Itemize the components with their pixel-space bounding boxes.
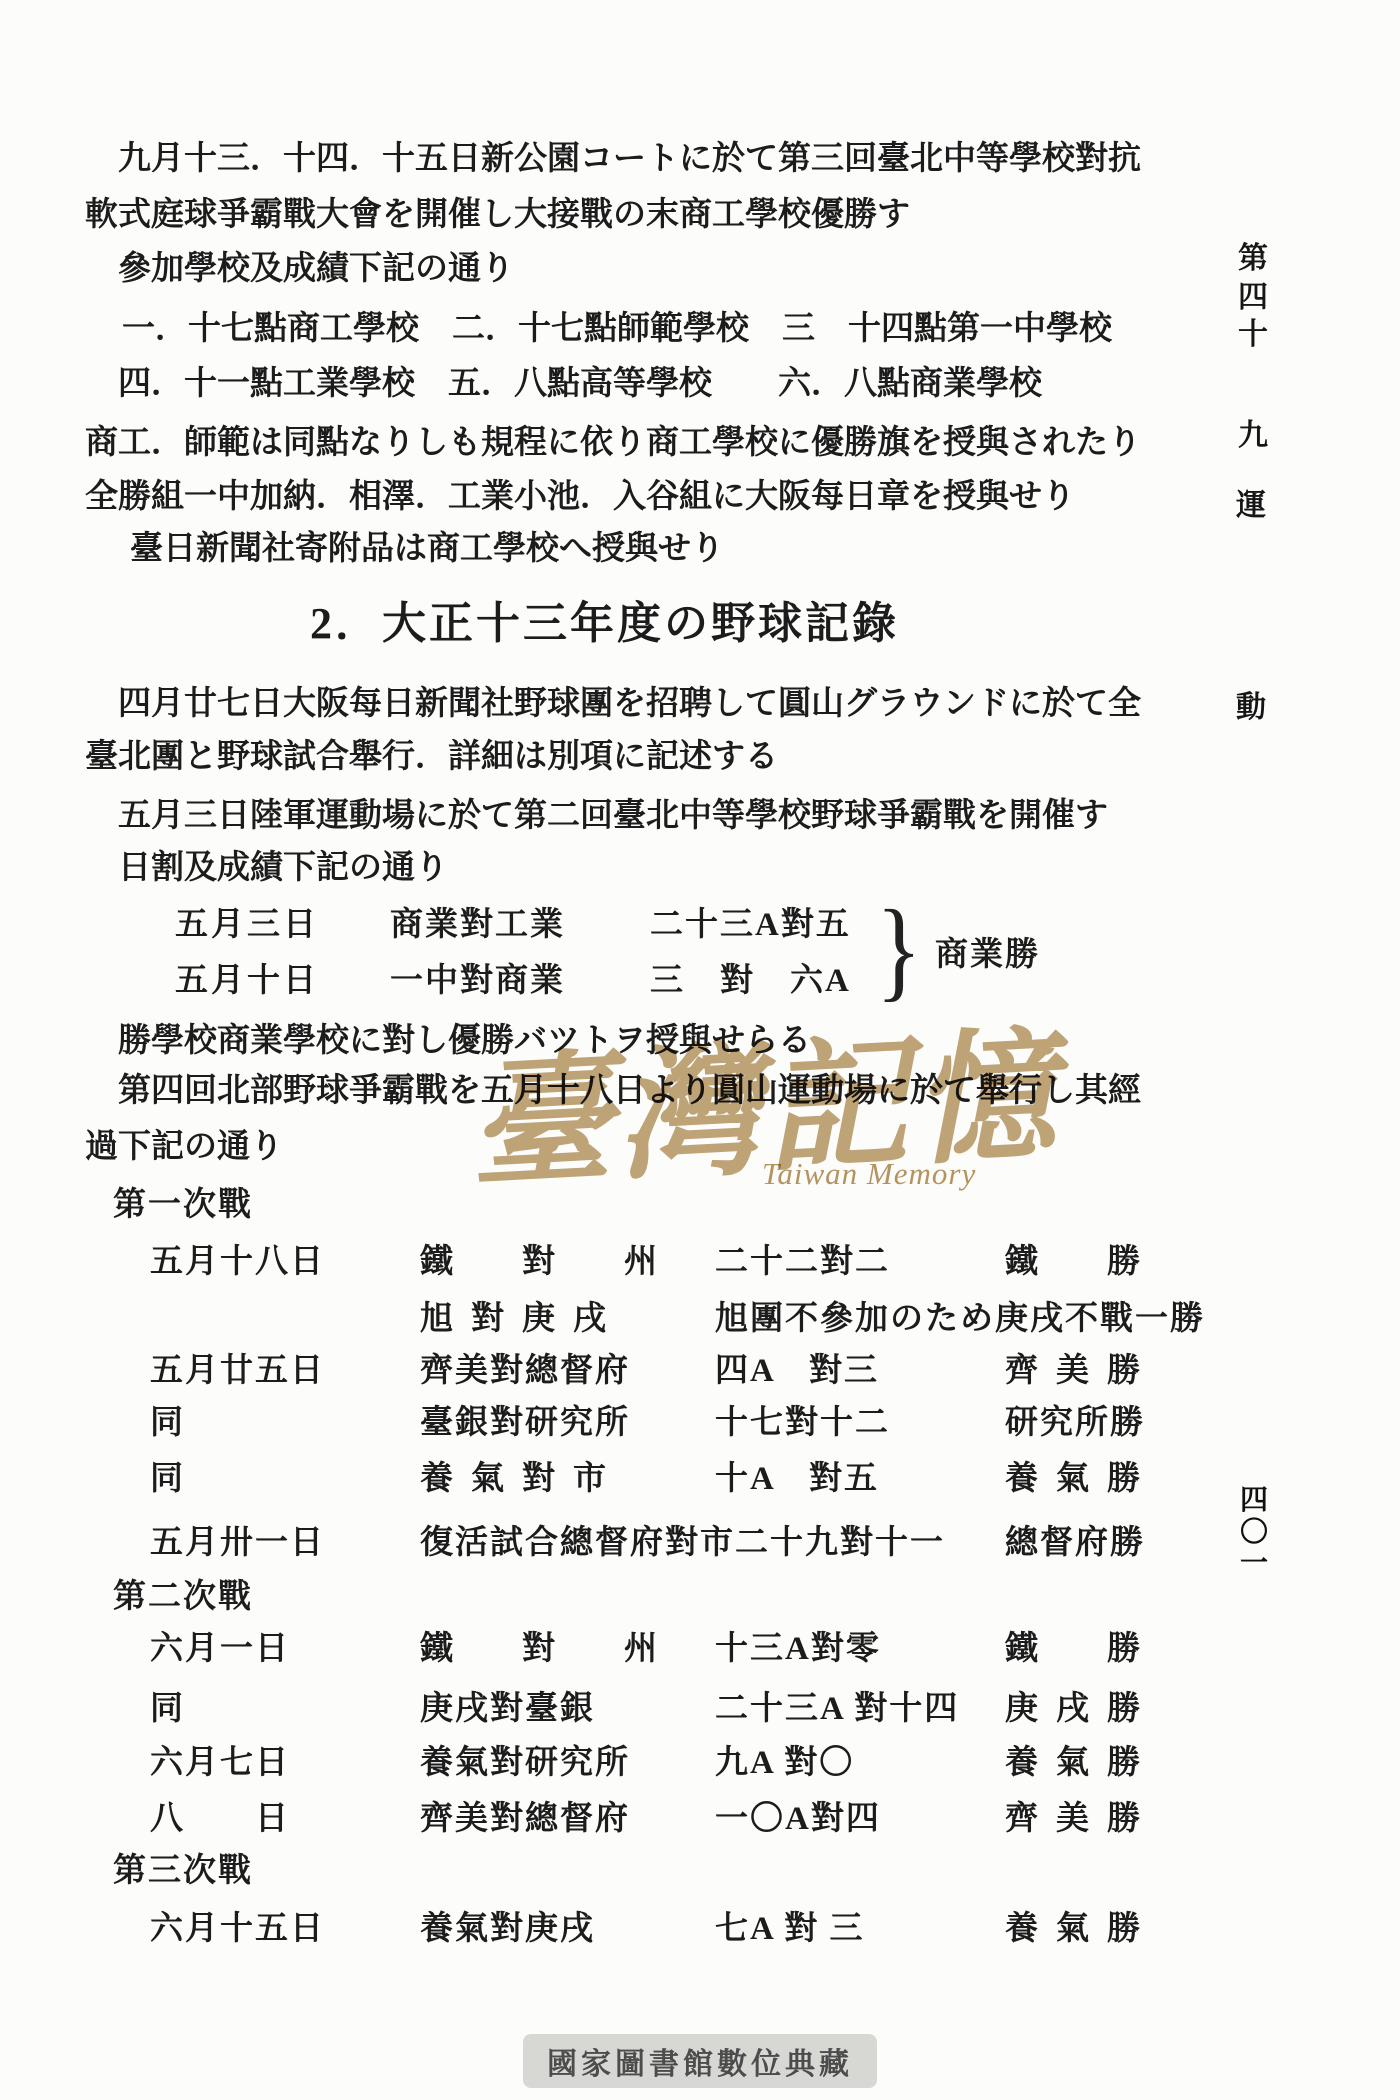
table-cell-score: 四A 對三	[715, 1352, 879, 1392]
scanned-page: 九月十三．十四．十五日新公園コートに於て第三回臺北中等學校對抗 軟式庭球爭霸戰大…	[0, 0, 1400, 2100]
paragraph-line: 臺北團と野球試合舉行．詳細は別項に記述する	[85, 738, 778, 778]
table-cell-result: 齊美勝	[1005, 1800, 1158, 1840]
table-cell-match: 旭對庚戌	[420, 1300, 624, 1340]
table-cell-result: 總督府勝	[1005, 1524, 1145, 1564]
library-stamp: 國家圖書館數位典藏	[523, 2034, 877, 2088]
table-cell-date: 五月卅一日	[150, 1524, 325, 1564]
table-cell-date: 同	[150, 1404, 185, 1444]
table-cell-date: 同	[150, 1460, 185, 1500]
margin-caption-char: 九	[1238, 410, 1268, 454]
table-cell-score: 二十三A 對十四	[715, 1690, 959, 1730]
table-cell-match: 齊美對總督府	[420, 1800, 630, 1840]
table-cell-score: 九A 對〇	[715, 1744, 854, 1784]
page-number-char: 一	[1240, 1541, 1268, 1581]
table-cell-result: 養氣勝	[1005, 1460, 1158, 1500]
margin-caption-char: 十	[1238, 309, 1268, 353]
table-cell-match: 養氣對庚戌	[420, 1910, 595, 1950]
ranking-line: 一．十七點商工學校 二．十七點師範學校 三 十四點第一中學校	[122, 310, 1112, 350]
margin-caption-char: 運	[1236, 480, 1266, 524]
paragraph-line: 全勝組一中加納．相澤．工業小池．入谷組に大阪每日章を授與せり	[85, 478, 1075, 518]
paragraph-line: 日割及成績下記の通り	[118, 849, 448, 889]
table-cell-score: 二十三A對五	[650, 906, 851, 946]
table-cell-match: 鐵 對 州	[420, 1630, 675, 1670]
table-cell-match: 商業對工業	[390, 906, 565, 946]
table-cell-match: 養氣對市	[420, 1460, 624, 1500]
round-title: 第一次戰	[113, 1186, 253, 1226]
table-cell-match: 復活試合總督府對市二十九對十一	[420, 1524, 945, 1564]
paragraph-line: 臺日新聞社寄附品は商工學校へ授與せり	[130, 530, 724, 570]
watermark-latin: Taiwan Memory	[762, 1156, 976, 1192]
table-cell-date: 六月七日	[150, 1744, 290, 1784]
paragraph-line: 九月十三．十四．十五日新公園コートに於て第三回臺北中等學校對抗	[118, 140, 1141, 180]
paragraph-line: 商工．師範は同點なりしも規程に依り商工學校に優勝旗を授與されたり	[85, 424, 1141, 464]
table-cell-date: 六月一日	[150, 1630, 290, 1670]
paragraph-line: 參加學校及成績下記の通り	[118, 250, 514, 290]
table-cell-result: 庚戌勝	[1005, 1690, 1158, 1730]
round-title: 第二次戰	[113, 1578, 253, 1618]
round-title: 第三次戰	[113, 1852, 253, 1892]
table-cell-match: 養氣對研究所	[420, 1744, 630, 1784]
paragraph-line: 過下記の通り	[85, 1128, 283, 1168]
table-cell-date: 六月十五日	[150, 1910, 325, 1950]
paragraph-line: 軟式庭球爭霸戰大會を開催し大接戰の末商工學校優勝す	[85, 196, 910, 236]
table-cell-match: 一中對商業	[390, 962, 565, 1002]
table-cell-result: 研究所勝	[1005, 1404, 1145, 1444]
margin-caption-char: 動	[1236, 682, 1266, 726]
table-cell-match: 鐵 對 州	[420, 1243, 675, 1283]
table-cell-date: 五月廿五日	[150, 1352, 325, 1392]
table-cell-score: 十七對十二	[715, 1404, 890, 1444]
table-cell-match: 庚戌對臺銀	[420, 1690, 595, 1730]
table-cell-score: 一〇A對四	[715, 1800, 881, 1840]
table-cell-date: 五月十日	[175, 962, 319, 1002]
table-cell-result: 商業勝	[935, 936, 1040, 976]
ranking-line: 四．十一點工業學校 五．八點高等學校 六．八點商業學校	[118, 365, 1042, 405]
table-cell-date: 五月十八日	[150, 1243, 325, 1283]
table-cell-score: 十A 對五	[715, 1460, 879, 1500]
table-cell-result: 鐵 勝	[1005, 1630, 1158, 1670]
table-cell-score: 七A 對 三	[715, 1910, 865, 1950]
table-cell-match: 臺銀對研究所	[420, 1404, 630, 1444]
table-cell-result: 養氣勝	[1005, 1744, 1158, 1784]
table-cell-match: 齊美對總督府	[420, 1352, 630, 1392]
table-cell-result: 養氣勝	[1005, 1910, 1158, 1950]
paragraph-line: 五月三日陸軍運動場に於て第二回臺北中等學校野球爭霸戰を開催す	[118, 797, 1108, 837]
paragraph-line: 四月廿七日大阪每日新聞社野球團を招聘して圓山グラウンドに於て全	[118, 685, 1141, 725]
section-heading: 2．大正十三年度の野球記錄	[310, 598, 899, 651]
margin-caption-char: 第	[1238, 233, 1268, 277]
table-cell-date: 八 日	[150, 1800, 290, 1840]
table-cell-date: 五月三日	[175, 906, 319, 946]
table-cell-score: 二十二對二	[715, 1243, 890, 1283]
table-cell-note: 旭團不參加のため庚戌不戰一勝	[715, 1300, 1205, 1340]
table-cell-result: 鐵 勝	[1005, 1243, 1158, 1283]
table-cell-score: 十三A對零	[715, 1630, 881, 1670]
table-cell-date: 同	[150, 1690, 185, 1730]
table-cell-result: 齊美勝	[1005, 1352, 1158, 1392]
